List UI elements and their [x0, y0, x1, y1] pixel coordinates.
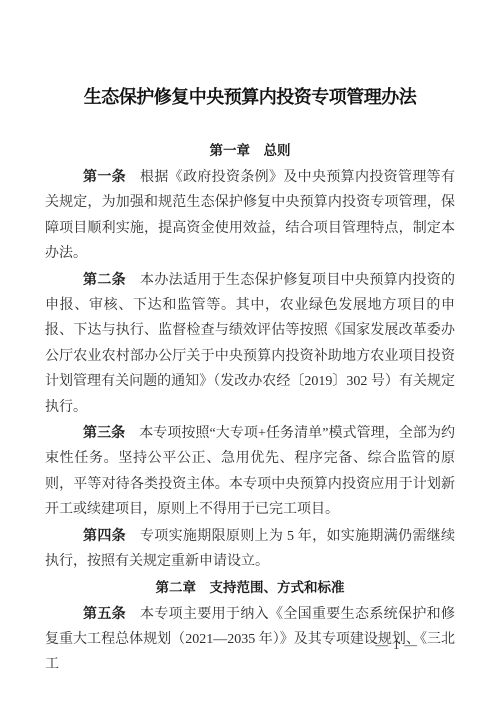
article-4-label: 第四条: [83, 527, 126, 543]
article-3-paragraph: 第三条本专项按照“大专项+任务清单”模式管理，全部为约束性任务。坚持公平公正、急…: [45, 420, 455, 523]
chapter-2-heading: 第二章 支持范围、方式和标准: [45, 575, 455, 601]
page-number: — 1 —: [376, 638, 419, 653]
article-1-paragraph: 第一条根据《政府投资条例》及中央预算内投资管理等有关规定，为加强和规范生态保护修…: [45, 164, 455, 267]
article-3-label: 第三条: [83, 424, 125, 440]
article-1-label: 第一条: [83, 168, 126, 184]
article-5-label: 第五条: [83, 605, 126, 621]
chapter-1-heading: 第一章 总则: [45, 138, 455, 164]
document-title: 生态保护修复中央预算内投资专项管理办法: [0, 83, 500, 109]
document-page: 生态保护修复中央预算内投资专项管理办法 第一章 总则 第一条根据《政府投资条例》…: [0, 0, 500, 714]
article-2-label: 第二条: [83, 271, 126, 287]
article-2-paragraph: 第二条本办法适用于生态保护修复项目中央预算内投资的申报、审核、下达和监管等。其中…: [45, 267, 455, 420]
document-body: 第一章 总则 第一条根据《政府投资条例》及中央预算内投资管理等有关规定，为加强和…: [45, 138, 455, 678]
article-4-paragraph: 第四条专项实施期限原则上为 5 年，如实施期满仍需继续执行，按照有关规定重新申请…: [45, 523, 455, 575]
article-2-text: 本办法适用于生态保护修复项目中央预算内投资的申报、审核、下达和监管等。其中，农业…: [45, 273, 455, 415]
